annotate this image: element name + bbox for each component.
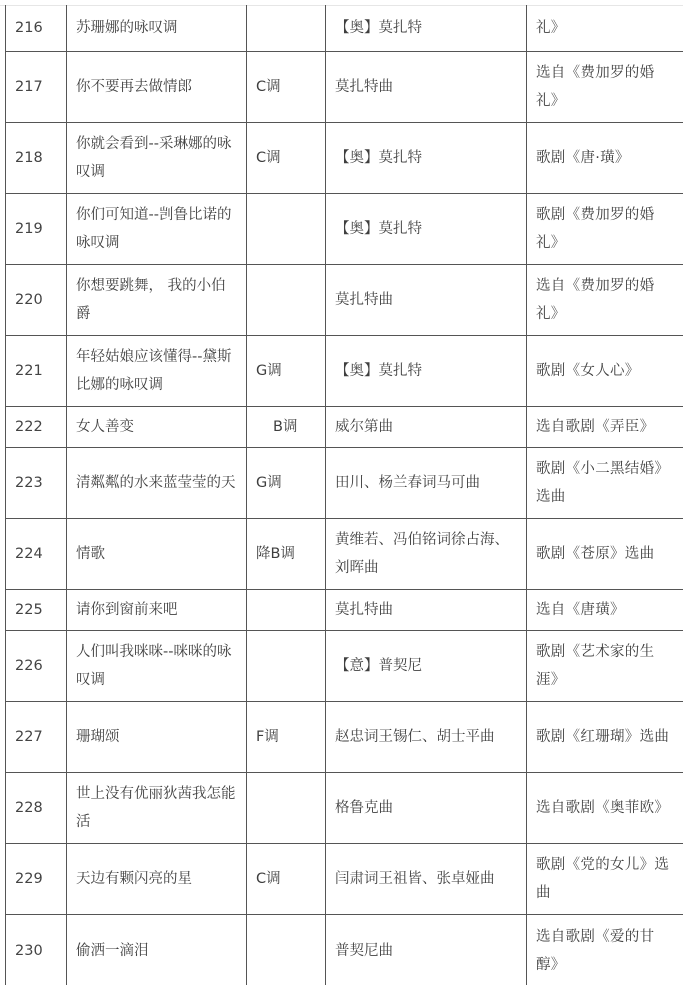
song-source: 选自歌剧《弄臣》 bbox=[527, 406, 683, 447]
row-number: 223 bbox=[6, 447, 67, 518]
song-title: 你想要跳舞， 我的小伯爵 bbox=[67, 264, 247, 335]
song-composer: 【奥】莫扎特 bbox=[326, 335, 527, 406]
table-row: 219 你们可知道--剀鲁比诺的咏叹调 【奥】莫扎特 歌剧《费加罗的婚礼》 bbox=[6, 193, 683, 264]
song-composer: 莫扎特曲 bbox=[326, 51, 527, 122]
row-number: 217 bbox=[6, 51, 67, 122]
table-row: 218 你就会看到--采琳娜的咏叹调 C调 【奥】莫扎特 歌剧《唐·璜》 bbox=[6, 122, 683, 193]
song-title: 人们叫我咪咪--咪咪的咏叹调 bbox=[67, 630, 247, 701]
row-number: 226 bbox=[6, 630, 67, 701]
song-title: 苏珊娜的咏叹调 bbox=[67, 5, 247, 51]
song-source: 歌剧《唐·璜》 bbox=[527, 122, 683, 193]
song-title: 天边有颗闪亮的星 bbox=[67, 843, 247, 914]
table-row: 229 天边有颗闪亮的星 C调 闫肃词王祖皆、张卓娅曲 歌剧《党的女儿》选曲 bbox=[6, 843, 683, 914]
song-key bbox=[247, 193, 326, 264]
song-source: 歌剧《艺术家的生涯》 bbox=[527, 630, 683, 701]
song-source: 选自《费加罗的婚礼》 bbox=[527, 51, 683, 122]
song-composer: 【奥】莫扎特 bbox=[326, 5, 527, 51]
song-composer: 【意】普契尼 bbox=[326, 630, 527, 701]
row-number: 228 bbox=[6, 772, 67, 843]
song-composer: 田川、杨兰春词马可曲 bbox=[326, 447, 527, 518]
song-key bbox=[247, 630, 326, 701]
song-key bbox=[247, 914, 326, 985]
song-title: 请你到窗前来吧 bbox=[67, 589, 247, 630]
song-source: 歌剧《费加罗的婚礼》 bbox=[527, 193, 683, 264]
song-source: 歌剧《女人心》 bbox=[527, 335, 683, 406]
song-title: 世上没有优丽狄茜我怎能活 bbox=[67, 772, 247, 843]
table-row: 226 人们叫我咪咪--咪咪的咏叹调 【意】普契尼 歌剧《艺术家的生涯》 bbox=[6, 630, 683, 701]
song-composer: 【奥】莫扎特 bbox=[326, 122, 527, 193]
song-title: 你就会看到--采琳娜的咏叹调 bbox=[67, 122, 247, 193]
song-source: 选自歌剧《爱的甘醇》 bbox=[527, 914, 683, 985]
song-key bbox=[247, 589, 326, 630]
song-source: 选自《唐璜》 bbox=[527, 589, 683, 630]
song-composer: 普契尼曲 bbox=[326, 914, 527, 985]
song-source: 歌剧《小二黑结婚》选曲 bbox=[527, 447, 683, 518]
song-key: C调 bbox=[247, 51, 326, 122]
table-row: 223 清粼粼的水来蓝莹莹的天 G调 田川、杨兰春词马可曲 歌剧《小二黑结婚》选… bbox=[6, 447, 683, 518]
row-number: 221 bbox=[6, 335, 67, 406]
song-key bbox=[247, 772, 326, 843]
song-title: 偷洒一滴泪 bbox=[67, 914, 247, 985]
row-number: 220 bbox=[6, 264, 67, 335]
table-row: 222 女人善变 B调 威尔第曲 选自歌剧《弄臣》 bbox=[6, 406, 683, 447]
song-table: 216 苏珊娜的咏叹调 【奥】莫扎特 礼》 217 你不要再去做情郎 C调 莫扎… bbox=[5, 5, 683, 985]
song-key: 降B调 bbox=[247, 518, 326, 589]
row-number: 225 bbox=[6, 589, 67, 630]
table-row: 230 偷洒一滴泪 普契尼曲 选自歌剧《爱的甘醇》 bbox=[6, 914, 683, 985]
song-source: 选自歌剧《奥菲欧》 bbox=[527, 772, 683, 843]
song-key: C调 bbox=[247, 843, 326, 914]
song-source: 歌剧《苍原》选曲 bbox=[527, 518, 683, 589]
song-key: F调 bbox=[247, 701, 326, 772]
song-composer: 【奥】莫扎特 bbox=[326, 193, 527, 264]
table-row: 227 珊瑚颂 F调 赵忠词王锡仁、胡士平曲 歌剧《红珊瑚》选曲 bbox=[6, 701, 683, 772]
song-key: C调 bbox=[247, 122, 326, 193]
row-number: 229 bbox=[6, 843, 67, 914]
row-number: 230 bbox=[6, 914, 67, 985]
table-row: 225 请你到窗前来吧 莫扎特曲 选自《唐璜》 bbox=[6, 589, 683, 630]
table-row: 221 年轻姑娘应该懂得--黛斯比娜的咏叹调 G调 【奥】莫扎特 歌剧《女人心》 bbox=[6, 335, 683, 406]
row-number: 227 bbox=[6, 701, 67, 772]
row-number: 224 bbox=[6, 518, 67, 589]
song-composer: 格鲁克曲 bbox=[326, 772, 527, 843]
table-row: 216 苏珊娜的咏叹调 【奥】莫扎特 礼》 bbox=[6, 5, 683, 51]
song-source: 选自《费加罗的婚礼》 bbox=[527, 264, 683, 335]
row-number: 222 bbox=[6, 406, 67, 447]
row-number: 216 bbox=[6, 5, 67, 51]
table-row: 217 你不要再去做情郎 C调 莫扎特曲 选自《费加罗的婚礼》 bbox=[6, 51, 683, 122]
song-key: G调 bbox=[247, 335, 326, 406]
song-key: G调 bbox=[247, 447, 326, 518]
song-key bbox=[247, 5, 326, 51]
table-row: 224 情歌 降B调 黄维若、冯伯铭词徐占海、刘晖曲 歌剧《苍原》选曲 bbox=[6, 518, 683, 589]
song-composer: 闫肃词王祖皆、张卓娅曲 bbox=[326, 843, 527, 914]
song-composer: 黄维若、冯伯铭词徐占海、刘晖曲 bbox=[326, 518, 527, 589]
table-row: 220 你想要跳舞， 我的小伯爵 莫扎特曲 选自《费加罗的婚礼》 bbox=[6, 264, 683, 335]
song-title: 你不要再去做情郎 bbox=[67, 51, 247, 122]
song-title: 珊瑚颂 bbox=[67, 701, 247, 772]
song-composer: 莫扎特曲 bbox=[326, 589, 527, 630]
song-key: B调 bbox=[247, 406, 326, 447]
song-title: 清粼粼的水来蓝莹莹的天 bbox=[67, 447, 247, 518]
song-composer: 威尔第曲 bbox=[326, 406, 527, 447]
song-title: 你们可知道--剀鲁比诺的咏叹调 bbox=[67, 193, 247, 264]
song-source: 歌剧《党的女儿》选曲 bbox=[527, 843, 683, 914]
table-row: 228 世上没有优丽狄茜我怎能活 格鲁克曲 选自歌剧《奥菲欧》 bbox=[6, 772, 683, 843]
song-title: 情歌 bbox=[67, 518, 247, 589]
song-composer: 赵忠词王锡仁、胡士平曲 bbox=[326, 701, 527, 772]
song-source: 歌剧《红珊瑚》选曲 bbox=[527, 701, 683, 772]
song-key bbox=[247, 264, 326, 335]
row-number: 219 bbox=[6, 193, 67, 264]
row-number: 218 bbox=[6, 122, 67, 193]
song-title: 女人善变 bbox=[67, 406, 247, 447]
song-title: 年轻姑娘应该懂得--黛斯比娜的咏叹调 bbox=[67, 335, 247, 406]
song-source: 礼》 bbox=[527, 5, 683, 51]
song-composer: 莫扎特曲 bbox=[326, 264, 527, 335]
